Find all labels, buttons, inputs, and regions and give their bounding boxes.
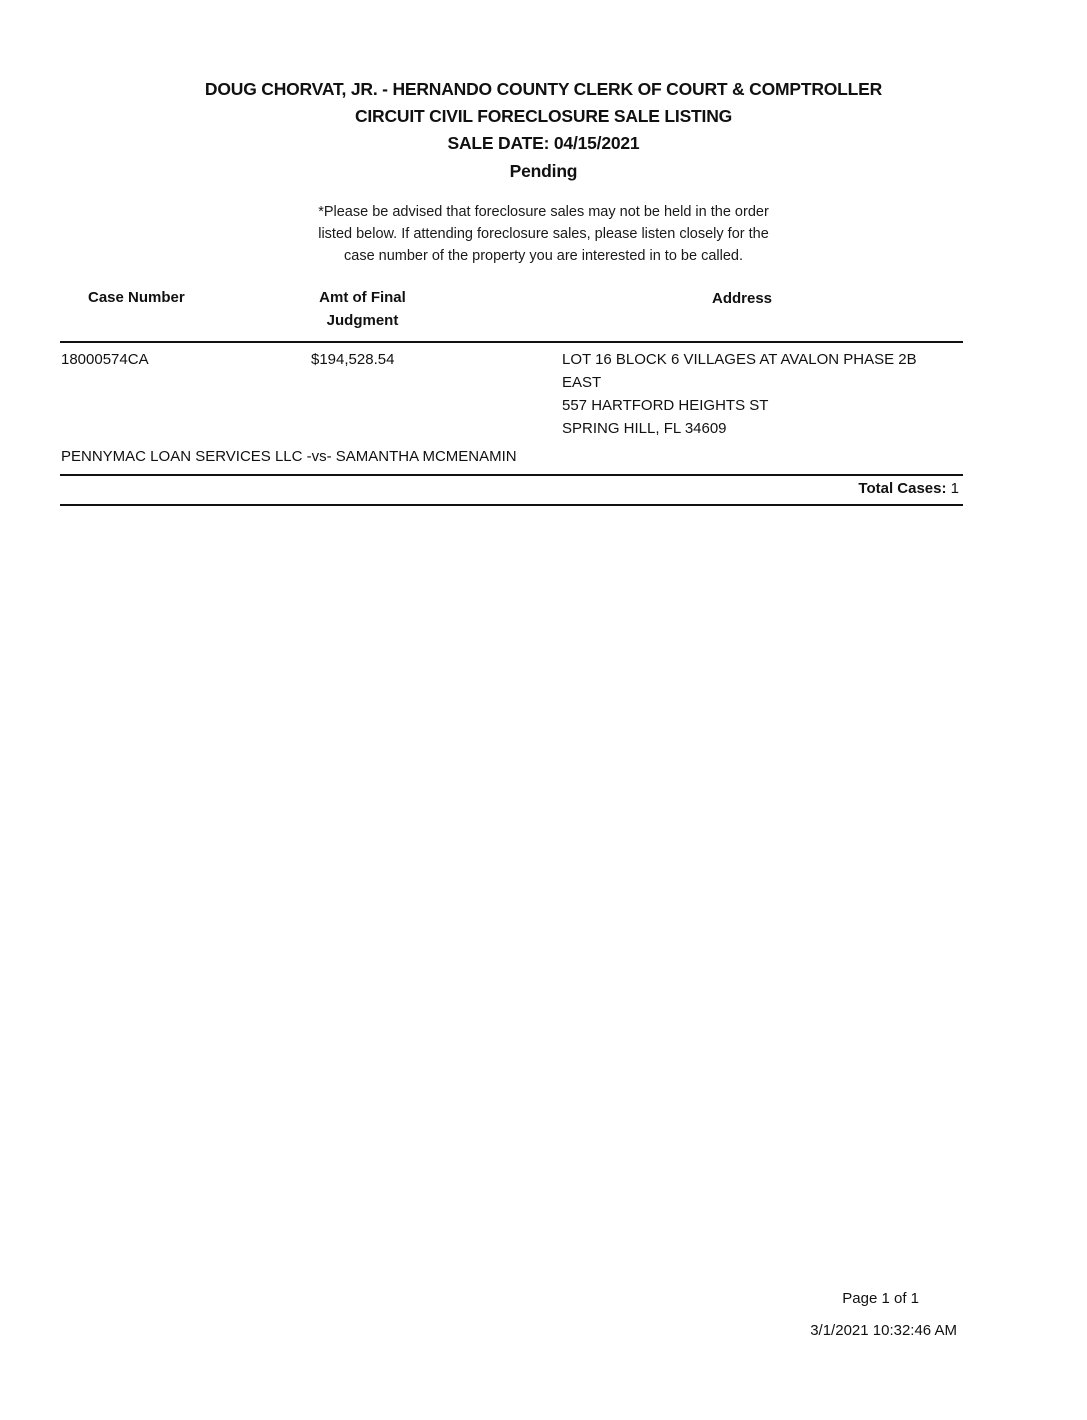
column-header-amount: Amt of Final Judgment	[300, 286, 425, 332]
page-number: Page 1 of 1	[842, 1290, 919, 1307]
address-line: LOT 16 BLOCK 6 VILLAGES AT AVALON PHASE …	[562, 348, 917, 371]
property-address: LOT 16 BLOCK 6 VILLAGES AT AVALON PHASE …	[562, 348, 917, 440]
total-cases-value: 1	[951, 480, 959, 497]
address-line: EAST	[562, 371, 917, 394]
report-title: DOUG CHORVAT, JR. - HERNANDO COUNTY CLER…	[0, 79, 1087, 100]
report-subtitle: CIRCUIT CIVIL FORECLOSURE SALE LISTING	[0, 106, 1087, 127]
summary-divider	[60, 504, 963, 506]
notice-line: listed below. If attending foreclosure s…	[0, 223, 1087, 245]
print-timestamp: 3/1/2021 10:32:46 AM	[810, 1322, 957, 1339]
notice-line: *Please be advised that foreclosure sale…	[0, 201, 1087, 223]
status-label: Pending	[0, 161, 1087, 182]
total-cases-label: Total Cases:	[858, 480, 946, 497]
column-header-amount-line1: Amt of Final	[300, 286, 425, 309]
notice-line: case number of the property you are inte…	[0, 245, 1087, 267]
row-divider	[60, 474, 963, 476]
column-header-amount-line2: Judgment	[300, 309, 425, 332]
judgment-amount: $194,528.54	[311, 348, 394, 371]
address-line: 557 HARTFORD HEIGHTS ST	[562, 394, 917, 417]
sale-date: SALE DATE: 04/15/2021	[0, 133, 1087, 154]
address-line: SPRING HILL, FL 34609	[562, 417, 917, 440]
case-parties: PENNYMAC LOAN SERVICES LLC -vs- SAMANTHA…	[61, 445, 517, 468]
column-header-address: Address	[712, 287, 772, 310]
advisory-notice: *Please be advised that foreclosure sale…	[0, 201, 1087, 267]
header-divider	[60, 341, 963, 343]
total-cases: Total Cases: 1	[858, 480, 959, 497]
case-number: 18000574CA	[61, 348, 149, 371]
column-header-case-number: Case Number	[88, 286, 185, 309]
